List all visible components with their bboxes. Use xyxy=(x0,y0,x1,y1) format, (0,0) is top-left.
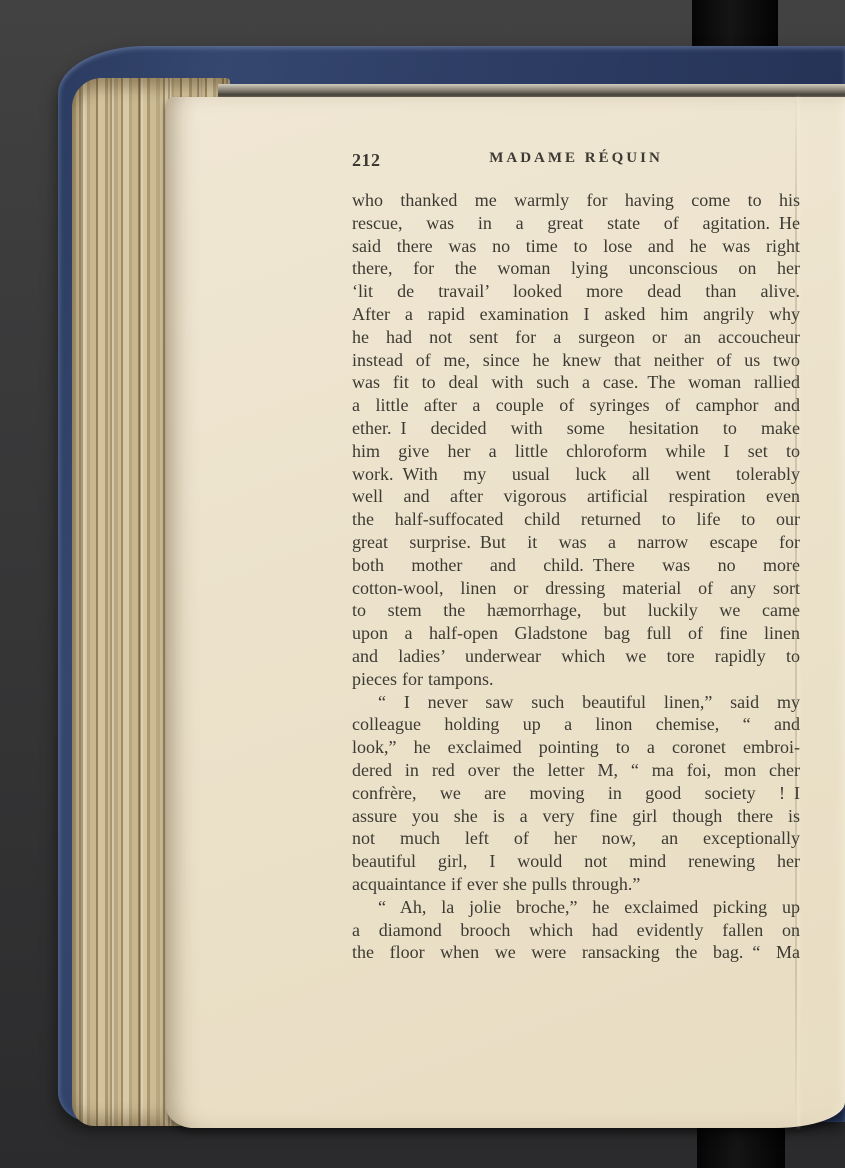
text-line: “ Ah, la jolie broche,” he exclaimed pic… xyxy=(352,896,800,919)
book-page: 212 MADAME RÉQUIN who thanked me warmly … xyxy=(166,97,845,1128)
page-text: who thanked me warmly for having come to… xyxy=(352,189,800,964)
text-line: both mother and child. There was no more xyxy=(352,554,800,577)
text-line: a diamond brooch which had evidently fal… xyxy=(352,919,800,942)
photo-background: 212 MADAME RÉQUIN who thanked me warmly … xyxy=(0,0,845,1168)
text-line: great surprise. But it was a narrow esca… xyxy=(352,531,800,554)
running-title: MADAME RÉQUIN xyxy=(352,150,800,167)
text-line: he had not sent for a surgeon or an acco… xyxy=(352,326,800,349)
running-head: 212 MADAME RÉQUIN xyxy=(352,150,800,172)
text-line: rescue, was in a great state of agitatio… xyxy=(352,212,800,235)
text-line: the floor when we were ransacking the ba… xyxy=(352,941,800,964)
text-line: “ I never saw such beautiful linen,” sai… xyxy=(352,691,800,714)
text-line: and ladies’ underwear which we tore rapi… xyxy=(352,645,800,668)
text-line: confrère, we are moving in good society … xyxy=(352,782,800,805)
text-line: pieces for tampons. xyxy=(352,668,800,691)
text-line: assure you she is a very fine girl thoug… xyxy=(352,805,800,828)
text-line: ‘lit de travail’ looked more dead than a… xyxy=(352,280,800,303)
text-line: who thanked me warmly for having come to… xyxy=(352,189,800,212)
text-line: acquaintance if ever she pulls through.” xyxy=(352,873,800,896)
text-line: the half-suffocated child returned to li… xyxy=(352,508,800,531)
text-line: ether. I decided with some hesitation to… xyxy=(352,417,800,440)
text-line: cotton-wool, linen or dressing material … xyxy=(352,577,800,600)
text-line: colleague holding up a linon chemise, “ … xyxy=(352,713,800,736)
text-line: well and after vigorous artificial respi… xyxy=(352,485,800,508)
book-stand-post-bottom xyxy=(697,1124,785,1168)
text-line: work. With my usual luck all went tolera… xyxy=(352,463,800,486)
text-line: dered in red over the letter M, “ ma foi… xyxy=(352,759,800,782)
text-line: instead of me, since he knew that neithe… xyxy=(352,349,800,372)
page-text-block: 212 MADAME RÉQUIN who thanked me warmly … xyxy=(352,150,800,964)
text-line: there, for the woman lying unconscious o… xyxy=(352,257,800,280)
text-line: a little after a couple of syringes of c… xyxy=(352,394,800,417)
text-line: not much left of her now, an exceptional… xyxy=(352,827,800,850)
text-line: said there was no time to lose and he wa… xyxy=(352,235,800,258)
text-line: look,” he exclaimed pointing to a corone… xyxy=(352,736,800,759)
text-line: beautiful girl, I would not mind renewin… xyxy=(352,850,800,873)
text-line: him give her a little chloroform while I… xyxy=(352,440,800,463)
text-line: upon a half-open Gladstone bag full of f… xyxy=(352,622,800,645)
text-line: After a rapid examination I asked him an… xyxy=(352,303,800,326)
text-line: was fit to deal with such a case. The wo… xyxy=(352,371,800,394)
text-line: to stem the hæmorrhage, but luckily we c… xyxy=(352,599,800,622)
